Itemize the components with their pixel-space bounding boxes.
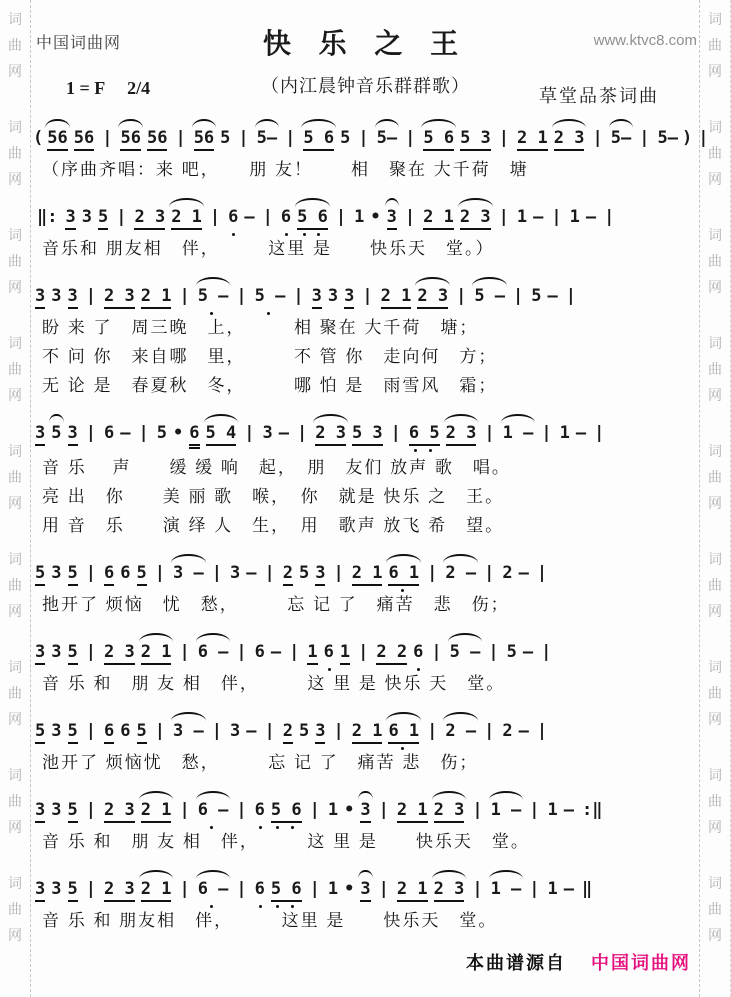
- note: 6: [189, 423, 199, 449]
- watermark-char: 词: [0, 762, 30, 788]
- barline: |: [427, 563, 437, 584]
- barline: |: [179, 800, 189, 821]
- footer-source-site[interactable]: 中国词曲网: [591, 953, 691, 973]
- note: 6: [255, 879, 265, 900]
- note: 5 6: [297, 207, 328, 230]
- slur-arc: [444, 414, 479, 423]
- header: 中国词曲网 快 乐 之 王 www.ktvc8.com: [32, 20, 699, 68]
- note: 2: [283, 721, 293, 744]
- barline: ‖: [582, 879, 592, 900]
- barline: |: [86, 423, 96, 444]
- barline: |: [212, 563, 222, 584]
- note: 5 —: [198, 286, 229, 307]
- watermark-char: 网: [700, 922, 730, 948]
- note: 6: [120, 721, 130, 742]
- note: 5: [51, 423, 61, 444]
- notation-line: ‖:335|2 32 1|6—|65 6|1•3|2 12 3|1—|1—|: [32, 197, 699, 230]
- slur-arc: [443, 712, 478, 721]
- score-line: 335|2 32 1|6 —|6—|161|2 26|5 —|5—|音 乐 和 …: [32, 632, 699, 698]
- note: 6: [104, 721, 114, 744]
- slur-arc: [472, 277, 507, 286]
- barline: |: [310, 800, 320, 821]
- slur-arc: [415, 277, 450, 286]
- score-line: (5656|5656|565|5—|5 65|5—|5 65 3|2 12 3|…: [32, 118, 699, 184]
- lyrics-line: （序曲齐唱：来 吧， 朋 友！ 相 聚在 大千荷 塘: [32, 155, 699, 184]
- note: 5 6: [423, 128, 454, 151]
- watermark-char: 曲: [0, 356, 30, 382]
- note: 3: [262, 423, 272, 444]
- note: 56: [194, 128, 214, 151]
- note: —: [586, 207, 596, 228]
- note: 5: [137, 721, 147, 744]
- slur-arc: [295, 198, 330, 207]
- paren: (: [33, 128, 43, 149]
- low-octave-dot: [401, 589, 404, 592]
- note: 2 1: [171, 207, 202, 230]
- lyrics-line: 音乐和 朋友相 伴， 这里 是 快乐天 堂。）: [32, 234, 699, 263]
- watermark-char: 词: [0, 870, 30, 896]
- key-time-signature: 1 = F 2/4: [66, 74, 150, 100]
- note: 2 3: [460, 207, 491, 230]
- left-watermark-border: 词曲网词曲网词曲网词曲网词曲网词曲网词曲网词曲网词曲网: [0, 0, 31, 997]
- note: 3: [51, 286, 61, 307]
- note: —: [564, 800, 574, 821]
- score-line: 535|665|3 —|3—|253|2 16 1|2 —|2—|扡开了 烦恼 …: [32, 553, 699, 619]
- note: 6: [104, 423, 114, 444]
- barline: |: [212, 721, 222, 742]
- note: 5: [35, 721, 45, 744]
- watermark-char: 曲: [0, 788, 30, 814]
- note: 2 2: [376, 642, 407, 665]
- sheet-content: 中国词曲网 快 乐 之 王 www.ktvc8.com 1 = F 2/4 （内…: [32, 0, 699, 948]
- note: 5—: [377, 128, 397, 149]
- barline: |: [537, 721, 547, 742]
- note: 3: [312, 286, 322, 309]
- note: 1: [548, 879, 558, 900]
- watermark-char: 词: [0, 6, 30, 32]
- watermark-char: 词: [0, 330, 30, 356]
- barline: |: [86, 286, 96, 307]
- barline: |: [551, 207, 561, 228]
- low-octave-dot: [328, 668, 331, 671]
- note: 2 3: [315, 423, 346, 446]
- barline: |: [472, 879, 482, 900]
- slur-arc: [204, 414, 239, 423]
- barline: |: [484, 563, 494, 584]
- note: —: [271, 642, 281, 663]
- notation-line: 335|2 32 1|6 —|6—|161|2 26|5 —|5—|: [32, 632, 699, 665]
- barline: :‖: [582, 800, 602, 821]
- note: 2 1: [397, 879, 428, 902]
- slur-arc: [139, 791, 174, 800]
- note: —: [576, 423, 586, 444]
- note: 1 —: [491, 800, 522, 821]
- note: 56: [47, 128, 67, 151]
- watermark-char: 曲: [0, 248, 30, 274]
- barline: |: [604, 207, 614, 228]
- slur-arc: [448, 633, 483, 642]
- note: 1: [340, 642, 350, 665]
- note: 5 6: [271, 800, 302, 823]
- low-octave-dot: [267, 312, 270, 315]
- note: 2 3: [434, 800, 465, 823]
- barline: |: [472, 800, 482, 821]
- note: 1: [560, 423, 570, 444]
- footer-source: 本曲谱源自 中国词曲网: [466, 949, 691, 975]
- watermark-char: 网: [0, 166, 30, 192]
- barline: |: [431, 642, 441, 663]
- note: 2 3: [104, 879, 135, 902]
- note: 5: [507, 642, 517, 663]
- watermark-char: 曲: [0, 140, 30, 166]
- note: —: [279, 423, 289, 444]
- watermark-char: 网: [0, 382, 30, 408]
- notation-line: 335|2 32 1|6 —|65 6|1•3|2 12 3|1 —|1—:‖: [32, 790, 699, 823]
- lyrics-line: 不 问 你 来自哪 里， 不 管 你 走向何 方；: [32, 342, 699, 371]
- note: 5: [220, 128, 230, 149]
- watermark-char: 网: [0, 490, 30, 516]
- barline: |: [236, 879, 246, 900]
- note: 3 —: [173, 721, 204, 742]
- watermark-char: 词: [0, 546, 30, 572]
- note: 6 —: [198, 800, 229, 821]
- lyrics-line: 盼 来 了 周三晚 上， 相 聚在 大千荷 塘；: [32, 313, 699, 342]
- note: 5 3: [460, 128, 491, 151]
- note: 3: [344, 286, 354, 309]
- note: 3: [35, 286, 45, 309]
- barline: |: [155, 721, 165, 742]
- note: 3: [35, 800, 45, 823]
- low-octave-dot: [401, 747, 404, 750]
- slur-arc: [385, 198, 399, 207]
- barline: |: [263, 207, 273, 228]
- note: 5: [299, 721, 309, 742]
- slur-arc: [196, 633, 231, 642]
- watermark-char: 网: [700, 706, 730, 732]
- note: 3: [35, 642, 45, 665]
- barline: |: [86, 563, 96, 584]
- note: 2 1: [423, 207, 454, 230]
- barline: |: [86, 642, 96, 663]
- lyrics-line: 音 乐 声 缓 缓 响 起， 朋 友们 放声 歌 唱。: [32, 453, 699, 482]
- watermark-char: 网: [700, 58, 730, 84]
- slur-arc: [552, 119, 587, 128]
- barline: |: [116, 207, 126, 228]
- watermark-char: 词: [700, 6, 730, 32]
- note: —: [548, 286, 558, 307]
- note: 5: [68, 800, 78, 823]
- slur-arc: [313, 414, 348, 423]
- note: 2 3: [417, 286, 448, 309]
- watermark-char: 词: [700, 870, 730, 896]
- slur-arc: [432, 870, 467, 879]
- note: 2 3: [104, 642, 135, 665]
- note: 3: [360, 800, 370, 823]
- barline: |: [155, 563, 165, 584]
- watermark-char: 网: [700, 382, 730, 408]
- note: 3: [387, 207, 397, 230]
- barline: |: [529, 879, 539, 900]
- barline: |: [499, 128, 509, 149]
- note: 2: [283, 563, 293, 586]
- note: 3: [51, 721, 61, 742]
- barline: |: [333, 563, 343, 584]
- left-watermark-text: 词曲网词曲网词曲网词曲网词曲网词曲网词曲网词曲网词曲网: [0, 0, 30, 978]
- watermark-char: 网: [700, 598, 730, 624]
- low-octave-dot: [210, 905, 213, 908]
- slur-arc: [139, 633, 174, 642]
- watermark-char: 网: [700, 274, 730, 300]
- slur-arc: [196, 870, 231, 879]
- slur-arc: [489, 791, 524, 800]
- barline: |: [179, 286, 189, 307]
- watermark-char: 网: [700, 814, 730, 840]
- barline: |: [179, 879, 189, 900]
- slur-arc: [45, 119, 69, 128]
- note: 2: [502, 721, 512, 742]
- watermark-char: 词: [0, 222, 30, 248]
- barline: |: [488, 642, 498, 663]
- note: 3: [328, 286, 338, 307]
- slur-arc: [386, 712, 421, 721]
- barline: |: [537, 563, 547, 584]
- barline: |: [102, 128, 112, 149]
- note: 5 6: [303, 128, 334, 151]
- score-line: ‖:335|2 32 1|6—|65 6|1•3|2 12 3|1—|1—|音乐…: [32, 197, 699, 263]
- barline: |: [285, 128, 295, 149]
- note: 5: [531, 286, 541, 307]
- note: 1: [328, 800, 338, 821]
- barline: |: [238, 128, 248, 149]
- slur-arc: [609, 119, 633, 128]
- note: 2 1: [141, 879, 172, 902]
- note: 3: [51, 563, 61, 584]
- barline: |: [289, 642, 299, 663]
- note: 2 1: [141, 286, 172, 309]
- barline: ‖:: [37, 207, 57, 228]
- note: 2 3: [104, 800, 135, 823]
- lyrics-line: 用 音 乐 演 绎 人 生， 用 歌声 放飞 希 望。: [32, 511, 699, 540]
- note: 5: [98, 207, 108, 230]
- barline: |: [541, 423, 551, 444]
- watermark-char: 词: [0, 114, 30, 140]
- slur-arc: [458, 198, 493, 207]
- note: 3: [230, 721, 240, 742]
- note: 56: [147, 128, 167, 151]
- watermark-char: 网: [700, 490, 730, 516]
- note: 3: [315, 721, 325, 744]
- note: 3: [51, 800, 61, 821]
- lyrics-line: 音 乐 和 朋友相 伴， 这里 是 快乐天 堂。: [32, 906, 699, 935]
- score-line: 535|665|3 —|3—|253|2 16 1|2 —|2—|池开了 烦恼忧…: [32, 711, 699, 777]
- score-line: 335|2 32 1|6 —|65 6|1•3|2 12 3|1 —|1—‖音 …: [32, 869, 699, 935]
- barline: |: [210, 207, 220, 228]
- note: 2 3: [554, 128, 585, 151]
- slur-arc: [49, 414, 63, 423]
- note: 5 6: [271, 879, 302, 902]
- note: 56: [120, 128, 140, 151]
- slur-arc: [255, 119, 279, 128]
- note: 6: [255, 800, 265, 821]
- slur-arc: [375, 119, 399, 128]
- right-watermark-border: 词曲网词曲网词曲网词曲网词曲网词曲网词曲网词曲网词曲网: [699, 0, 731, 997]
- watermark-char: 网: [0, 814, 30, 840]
- note: —: [533, 207, 543, 228]
- barline: |: [427, 721, 437, 742]
- note: 5 —: [255, 286, 286, 307]
- note: 5—: [657, 128, 677, 149]
- slur-arc: [432, 791, 467, 800]
- note: 2 1: [352, 721, 383, 744]
- barline: |: [336, 207, 346, 228]
- watermark-char: 词: [700, 546, 730, 572]
- barline: |: [513, 286, 523, 307]
- barline: |: [297, 423, 307, 444]
- note: —: [523, 642, 533, 663]
- slur-arc: [196, 277, 231, 286]
- note: —: [519, 563, 529, 584]
- notation-line: 335|2 32 1|6 —|65 6|1•3|2 12 3|1 —|1—‖: [32, 869, 699, 902]
- note: 2 3: [446, 423, 477, 446]
- barline: |: [236, 800, 246, 821]
- slur-arc: [171, 712, 206, 721]
- note: 3: [315, 563, 325, 586]
- note: —: [564, 879, 574, 900]
- watermark-char: 网: [0, 274, 30, 300]
- note: •: [370, 207, 380, 228]
- slur-arc: [386, 554, 421, 563]
- low-octave-dot: [259, 826, 262, 829]
- note: •: [344, 800, 354, 821]
- note: 1: [570, 207, 580, 228]
- note: 6 1: [388, 563, 419, 586]
- note: 3: [51, 642, 61, 663]
- lyrics-line: 池开了 烦恼忧 愁， 忘 记 了 痛苦 悲 伤；: [32, 748, 699, 777]
- note: 5—: [611, 128, 631, 149]
- note: 2 —: [445, 721, 476, 742]
- watermark-char: 曲: [0, 896, 30, 922]
- barline: |: [592, 128, 602, 149]
- note: 5 4: [206, 423, 237, 446]
- watermark-char: 词: [0, 438, 30, 464]
- barline: |: [139, 423, 149, 444]
- meta-row: 1 = F 2/4 （内江晨钟音乐群群歌） 草堂品茶词曲: [32, 72, 699, 108]
- note: 3: [230, 563, 240, 584]
- lyrics-line: 音 乐 和 朋 友 相 伴， 这 里 是 快乐 天 堂。: [32, 669, 699, 698]
- note: 2 1: [141, 642, 172, 665]
- watermark-char: 网: [0, 598, 30, 624]
- barline: |: [362, 286, 372, 307]
- lyrics-line: 无 论 是 春夏秋 冬， 哪 怕 是 雨雪风 霜；: [32, 371, 699, 400]
- watermark-char: 曲: [0, 680, 30, 706]
- barline: |: [484, 721, 494, 742]
- note: 2: [502, 563, 512, 584]
- watermark-char: 曲: [700, 248, 730, 274]
- note: 5: [340, 128, 350, 149]
- note: 2 1: [381, 286, 412, 309]
- low-octave-dot: [429, 449, 432, 452]
- site-name-left: 中国词曲网: [36, 30, 121, 53]
- watermark-char: 曲: [700, 356, 730, 382]
- barline: |: [594, 423, 604, 444]
- note: 6: [413, 642, 423, 663]
- low-octave-dot: [259, 905, 262, 908]
- barline: |: [86, 721, 96, 742]
- note: 3: [51, 879, 61, 900]
- note: 5—: [257, 128, 277, 149]
- slur-arc: [169, 198, 204, 207]
- note: 5 3: [352, 423, 383, 446]
- site-url[interactable]: www.ktvc8.com: [594, 32, 697, 49]
- watermark-char: 词: [700, 330, 730, 356]
- note: 6 1: [388, 721, 419, 744]
- barline: |: [405, 207, 415, 228]
- low-octave-dot: [414, 449, 417, 452]
- note: 2 3: [434, 879, 465, 902]
- note: 3: [360, 879, 370, 902]
- note: 1 —: [491, 879, 522, 900]
- note: 5: [68, 721, 78, 744]
- composer-credit: 草堂品茶词曲: [539, 82, 659, 108]
- note: 5: [68, 879, 78, 902]
- note: 6 —: [198, 642, 229, 663]
- watermark-char: 曲: [700, 572, 730, 598]
- slur-arc: [139, 870, 174, 879]
- note: 1 —: [503, 423, 534, 444]
- slur-arc: [196, 791, 231, 800]
- note: 5: [157, 423, 167, 444]
- watermark-char: 曲: [0, 464, 30, 490]
- barline: |: [358, 642, 368, 663]
- note: 5: [68, 563, 78, 586]
- note: —: [519, 721, 529, 742]
- lyrics-line: 亮 出 你 美 丽 歌 喉， 你 就是 快乐 之 王。: [32, 482, 699, 511]
- notation-line: (5656|5656|565|5—|5 65|5—|5 65 3|2 12 3|…: [32, 118, 699, 151]
- footer-source-label: 本曲谱源自: [466, 953, 566, 973]
- watermark-char: 曲: [700, 464, 730, 490]
- note: •: [344, 879, 354, 900]
- low-octave-dot: [210, 312, 213, 315]
- note: 6 5: [409, 423, 440, 446]
- barline: |: [639, 128, 649, 149]
- barline: |: [293, 286, 303, 307]
- note: 6: [228, 207, 238, 228]
- barline: |: [456, 286, 466, 307]
- note: 56: [74, 128, 94, 151]
- barline: |: [236, 642, 246, 663]
- watermark-char: 网: [0, 58, 30, 84]
- watermark-char: 曲: [700, 788, 730, 814]
- barline: |: [484, 423, 494, 444]
- watermark-char: 词: [700, 438, 730, 464]
- slur-arc: [358, 791, 372, 800]
- note: 3: [82, 207, 92, 228]
- watermark-char: 曲: [700, 680, 730, 706]
- score-line: 353|6—|5•65 4|3—|2 35 3|6 52 3|1 —|1—|音 …: [32, 413, 699, 540]
- note: 5: [35, 563, 45, 586]
- barline: |: [379, 879, 389, 900]
- note: 3: [35, 879, 45, 902]
- barline: |: [566, 286, 576, 307]
- notation-line: 353|6—|5•65 4|3—|2 35 3|6 52 3|1 —|1—|: [32, 413, 699, 449]
- note: 1: [328, 879, 338, 900]
- watermark-char: 曲: [0, 32, 30, 58]
- note: 6 —: [198, 879, 229, 900]
- barline: |: [236, 286, 246, 307]
- barline: |: [179, 642, 189, 663]
- barline: |: [391, 423, 401, 444]
- lyrics-line: 音 乐 和 朋 友 相 伴， 这 里 是 快乐天 堂。: [32, 827, 699, 856]
